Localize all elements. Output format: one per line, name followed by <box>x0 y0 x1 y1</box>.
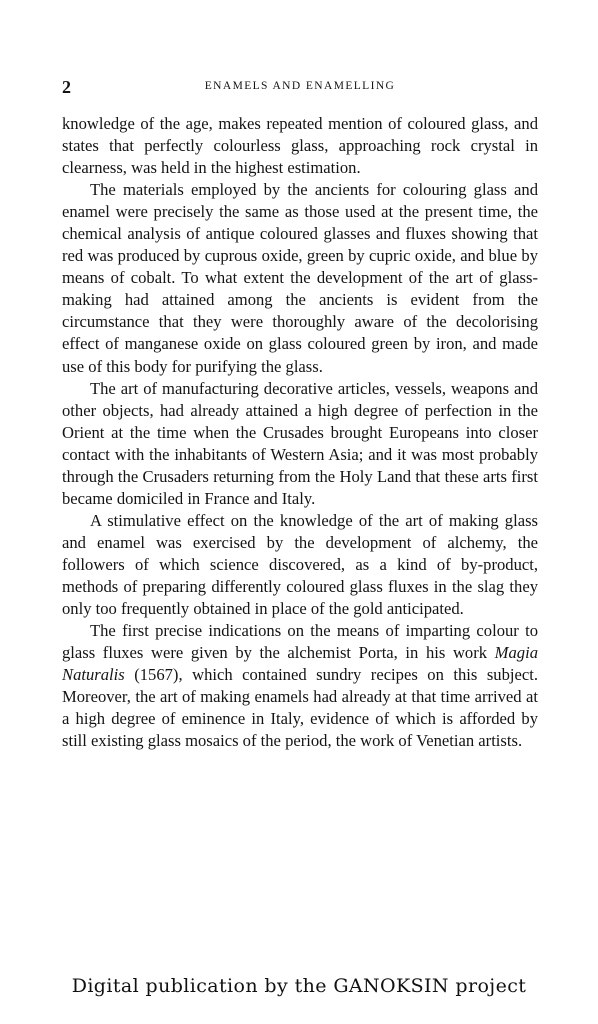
paragraph-continuation: knowledge of the age, makes repeated men… <box>62 113 538 179</box>
paragraph-porta-text-b: (1567), which contained sundry recipes o… <box>62 665 538 750</box>
body-text: knowledge of the age, makes repeated men… <box>62 113 538 752</box>
page-header: 2 ENAMELS AND ENAMELLING <box>62 77 538 99</box>
paragraph-alchemy: A stimulative effect on the knowledge of… <box>62 510 538 620</box>
paragraph-crusades: The art of manufacturing decorative arti… <box>62 378 538 510</box>
paragraph-porta-text-a: The first precise indications on the mea… <box>62 621 538 662</box>
publication-footer: Digital publication by the GANOKSIN proj… <box>0 975 598 997</box>
running-title: ENAMELS AND ENAMELLING <box>62 80 538 92</box>
paragraph-materials: The materials employed by the ancients f… <box>62 179 538 377</box>
paragraph-porta: The first precise indications on the mea… <box>62 620 538 752</box>
